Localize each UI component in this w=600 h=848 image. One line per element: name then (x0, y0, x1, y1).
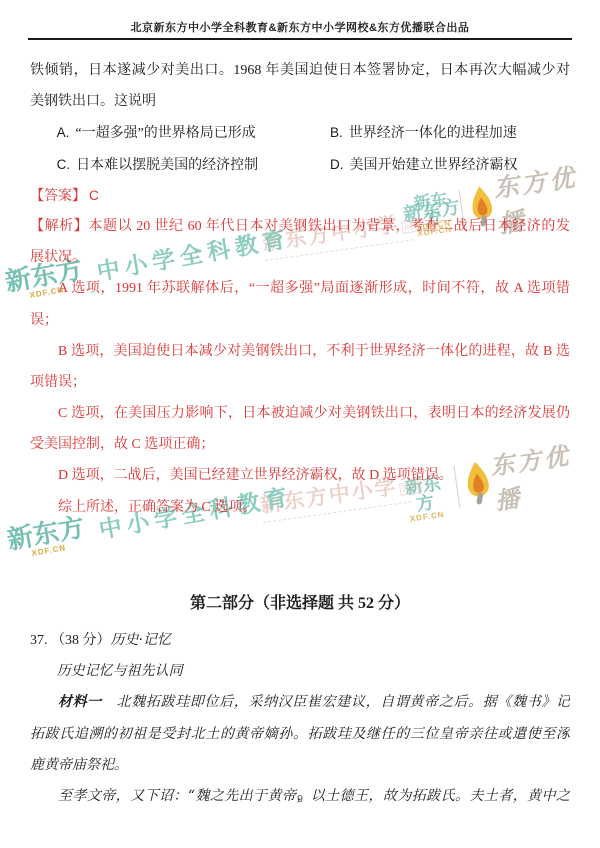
material-label: 材料一 (58, 694, 102, 710)
analysis-line: 综上所述，正确答案为 C 选项。 (30, 492, 570, 523)
option-c: C.日本难以摆脱美国的经济控制 (30, 149, 330, 180)
question-stem-line: 铁倾销，日本遂减少对美出口。1968 年美国迫使日本签署协定，日本再次大幅减少对 (30, 55, 570, 86)
analysis-line: C 选项，在美国压力影响下，日本被迫减少对美钢铁出口，表明日本的经济发展仍 (30, 398, 570, 429)
answer-line: 【答案】C (30, 180, 570, 211)
question-37-heading: 37. （38 分）历史·记忆 (30, 625, 570, 656)
answer-value: C (89, 188, 99, 203)
material-line: 鹿黄帝庙祭祀。 (30, 750, 570, 781)
option-d: D.美国开始建立世界经济霸权 (330, 149, 518, 180)
analysis-line: 误； (30, 305, 570, 336)
page-header: 北京新东方中小学全科教育&新东方中小学网校&东方优播联合出品 (28, 0, 572, 40)
section-2-title: 第二部分（非选择题 共 52 分） (30, 588, 570, 619)
analysis-line: 受美国控制，故 C 选项正确； (30, 429, 570, 460)
analysis-line: 展状况。 (30, 242, 570, 273)
document-body: 铁倾销，日本遂减少对美出口。1968 年美国迫使日本签署协定，日本再次大幅减少对… (30, 55, 570, 812)
material-line: 材料一 北魏拓跋珪即位后，采纳汉臣崔宏建议，自谓黄帝之后。据《魏书》记载， (30, 687, 570, 718)
analysis-line: 项错误； (30, 367, 570, 398)
question-stem-line: 美钢铁出口。这说明 (30, 86, 570, 117)
material-line: 拓跋氏追溯的初祖是受封北土的黄帝嫡孙。拓跋珪及继任的三位皇帝亲往或遣使至涿 (30, 719, 570, 750)
option-b: B.世界经济一体化的进程加速 (330, 117, 517, 148)
material-subtitle: 历史记忆与祖先认同 (30, 656, 570, 687)
analysis-line: B 选项，美国迫使日本减少对美钢铁出口，不利于世界经济一体化的进程，故 B 选 (30, 336, 570, 367)
option-a: A.“一超多强”的世界格局已形成 (30, 117, 330, 148)
analysis-line: 【解析】本题以 20 世纪 60 年代日本对美钢铁出口为背景，考查二战后日本经济… (30, 211, 570, 242)
answer-label: 【答案】 (30, 189, 86, 204)
options-row-2: C.日本难以摆脱美国的经济控制D.美国开始建立世界经济霸权 (30, 149, 570, 180)
options-row-1: A.“一超多强”的世界格局已形成B.世界经济一体化的进程加速 (30, 117, 570, 148)
analysis-line: A 选项，1991 年苏联解体后，“一超多强”局面逐渐形成，时间不符，故 A 选… (30, 273, 570, 304)
analysis-line: D 选项，二战后，美国已经建立世界经济霸权，故 D 选项错误。 (30, 460, 570, 491)
page-number: 9 (0, 793, 600, 805)
header-title: 北京新东方中小学全科教育&新东方中小学网校&东方优播联合出品 (131, 19, 470, 35)
exam-answer-page: 新东方 XDF.CN 东方优播 新东方中小学网校 新东方 XDF.CN 新东方 (0, 0, 600, 848)
